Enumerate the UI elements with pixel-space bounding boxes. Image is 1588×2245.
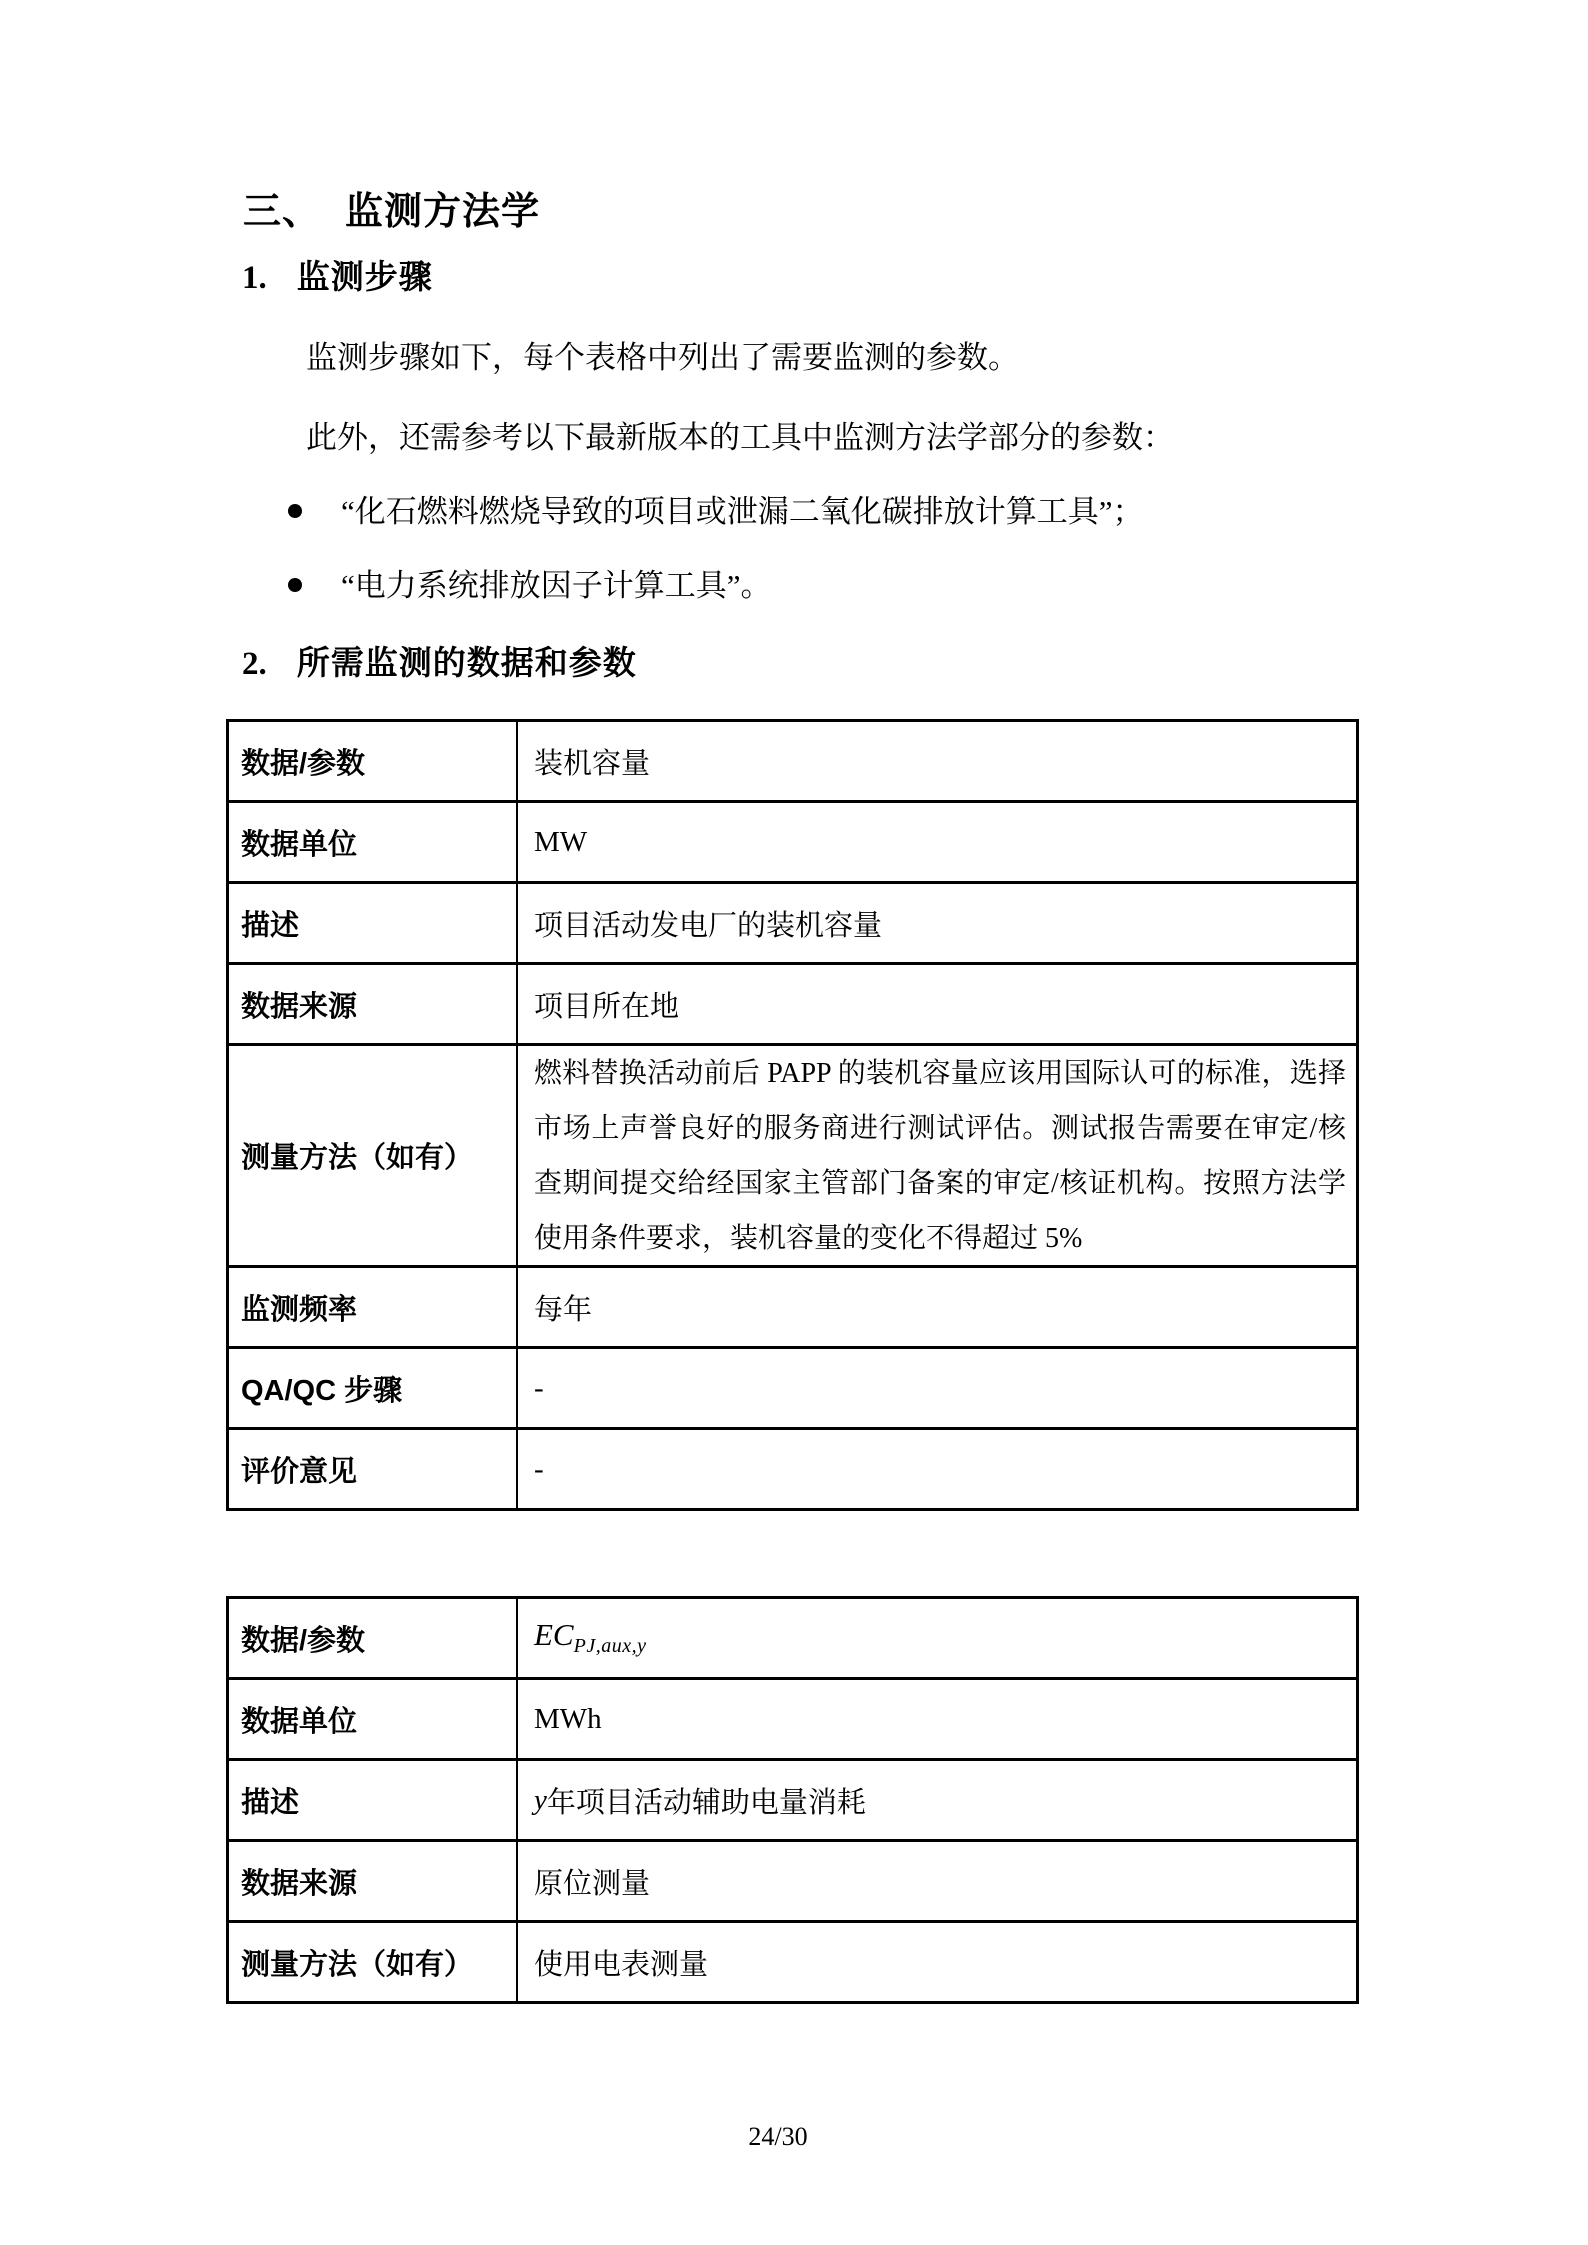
- row-label-cell: 数据来源: [229, 965, 518, 1043]
- table-row: 评价意见 -: [229, 1430, 1356, 1508]
- table-row: 数据/参数 装机容量: [229, 722, 1356, 803]
- bullet-item: “化石燃料燃烧导致的项目或泄漏二氧化碳排放计算工具”；: [288, 492, 1144, 532]
- bullet-item: “电力系统排放因子计算工具”。: [288, 566, 772, 606]
- chapter-number: 三、: [243, 191, 321, 233]
- row-value: 项目所在地: [534, 984, 679, 1025]
- row-label: 数据来源: [241, 984, 357, 1025]
- row-label: 描述: [241, 903, 299, 944]
- row-label: 数据来源: [241, 1861, 357, 1902]
- row-label-cell: QA/QC 步骤: [229, 1349, 518, 1427]
- row-value: -: [534, 1453, 544, 1486]
- row-label: 数据/参数: [241, 741, 365, 782]
- table-row: 数据来源 项目所在地: [229, 965, 1356, 1046]
- row-value: 年项目活动辅助电量消耗: [547, 1780, 866, 1821]
- table-row: 数据来源 原位测量: [229, 1842, 1356, 1923]
- row-label: 测量方法（如有）: [241, 1942, 473, 1983]
- row-label: 监测频率: [241, 1287, 357, 1328]
- table-row: 数据单位 MWh: [229, 1680, 1356, 1761]
- row-value: 装机容量: [534, 741, 650, 782]
- row-label: 测量方法（如有）: [241, 1135, 473, 1176]
- row-value: 使用电表测量: [534, 1942, 708, 1983]
- row-value-cell: y 年项目活动辅助电量消耗: [518, 1761, 1356, 1839]
- row-value-cell: 项目活动发电厂的装机容量: [518, 884, 1356, 962]
- row-value-cell: MWh: [518, 1680, 1356, 1758]
- section-1-heading: 1.监测步骤: [242, 258, 433, 297]
- section-1-title: 监测步骤: [297, 258, 433, 295]
- row-label-cell: 测量方法（如有）: [229, 1046, 518, 1265]
- row-value-cell: 每年: [518, 1268, 1356, 1346]
- row-label: 数据/参数: [241, 1618, 365, 1659]
- row-label-cell: 测量方法（如有）: [229, 1923, 518, 2001]
- bullet-text: “化石燃料燃烧导致的项目或泄漏二氧化碳排放计算工具”；: [341, 494, 1144, 529]
- row-value: MW: [534, 826, 587, 859]
- section-1-number: 1.: [242, 260, 267, 296]
- row-value: -: [534, 1372, 544, 1405]
- row-value-cell: 原位测量: [518, 1842, 1356, 1920]
- row-value: 每年: [534, 1287, 592, 1328]
- row-value-cell: MW: [518, 803, 1356, 881]
- row-value-cell: 装机容量: [518, 722, 1356, 800]
- parameter-formula: ECPJ,aux,y: [534, 1617, 646, 1658]
- bullet-text: “电力系统排放因子计算工具”。: [341, 568, 772, 603]
- row-value-cell: 使用电表测量: [518, 1923, 1356, 2001]
- row-value-cell: -: [518, 1430, 1356, 1508]
- bullet-marker-icon: [288, 504, 302, 518]
- table-row: 描述 项目活动发电厂的装机容量: [229, 884, 1356, 965]
- formula-base: EC: [534, 1617, 574, 1652]
- section-2-title: 所需监测的数据和参数: [297, 644, 637, 681]
- row-value-italic-symbol: y: [534, 1784, 547, 1817]
- row-label-cell: 数据/参数: [229, 722, 518, 800]
- parameter-table-1: 数据/参数 装机容量 数据单位 MW 描述 项目活动发电厂的装机容量 数据来源 …: [226, 719, 1359, 1511]
- row-label-cell: 描述: [229, 1761, 518, 1839]
- document-page: 三、监测方法学 1.监测步骤 监测步骤如下，每个表格中列出了需要监测的参数。 此…: [0, 0, 1588, 2245]
- table-row: 数据/参数 ECPJ,aux,y: [229, 1599, 1356, 1680]
- row-value-cell: 项目所在地: [518, 965, 1356, 1043]
- table-row: 描述 y 年项目活动辅助电量消耗: [229, 1761, 1356, 1842]
- row-label-cell: 数据来源: [229, 1842, 518, 1920]
- row-label-cell: 数据单位: [229, 1680, 518, 1758]
- table-row: 监测频率 每年: [229, 1268, 1356, 1349]
- table-row: QA/QC 步骤 -: [229, 1349, 1356, 1430]
- row-label-cell: 监测频率: [229, 1268, 518, 1346]
- formula-subscript: PJ,aux,y: [574, 1636, 647, 1658]
- parameter-table-2: 数据/参数 ECPJ,aux,y 数据单位 MWh 描述 y 年项目活动辅助电量…: [226, 1596, 1359, 2004]
- row-value-cell: 燃料替换活动前后 PAPP 的装机容量应该用国际认可的标准，选择市场上声誉良好的…: [518, 1046, 1356, 1265]
- row-value: MWh: [534, 1703, 602, 1736]
- chapter-title: 监测方法学: [345, 191, 540, 233]
- table-row: 测量方法（如有） 使用电表测量: [229, 1923, 1356, 2001]
- row-value: 项目活动发电厂的装机容量: [534, 903, 882, 944]
- section-2-number: 2.: [242, 646, 267, 682]
- table-row: 数据单位 MW: [229, 803, 1356, 884]
- row-label-cell: 描述: [229, 884, 518, 962]
- row-value-cell: ECPJ,aux,y: [518, 1599, 1356, 1677]
- row-label-cell: 数据/参数: [229, 1599, 518, 1677]
- row-value-cell: -: [518, 1349, 1356, 1427]
- section-2-heading: 2.所需监测的数据和参数: [242, 644, 637, 683]
- row-label: 描述: [241, 1780, 299, 1821]
- paragraph: 此外，还需参考以下最新版本的工具中监测方法学部分的参数：: [306, 418, 1174, 458]
- row-value: 原位测量: [534, 1861, 650, 1902]
- paragraph: 监测步骤如下，每个表格中列出了需要监测的参数。: [306, 338, 1019, 378]
- bullet-marker-icon: [288, 578, 302, 592]
- row-label: 数据单位: [241, 1699, 357, 1740]
- row-label: QA/QC 步骤: [241, 1368, 402, 1409]
- row-label-cell: 数据单位: [229, 803, 518, 881]
- table-row: 测量方法（如有） 燃料替换活动前后 PAPP 的装机容量应该用国际认可的标准，选…: [229, 1046, 1356, 1268]
- row-value: 燃料替换活动前后 PAPP 的装机容量应该用国际认可的标准，选择市场上声誉良好的…: [534, 1046, 1346, 1266]
- page-number: 24/30: [0, 2122, 1556, 2152]
- row-label: 数据单位: [241, 822, 357, 863]
- row-label-cell: 评价意见: [229, 1430, 518, 1508]
- chapter-heading: 三、监测方法学: [243, 190, 540, 234]
- row-label: 评价意见: [241, 1449, 357, 1490]
